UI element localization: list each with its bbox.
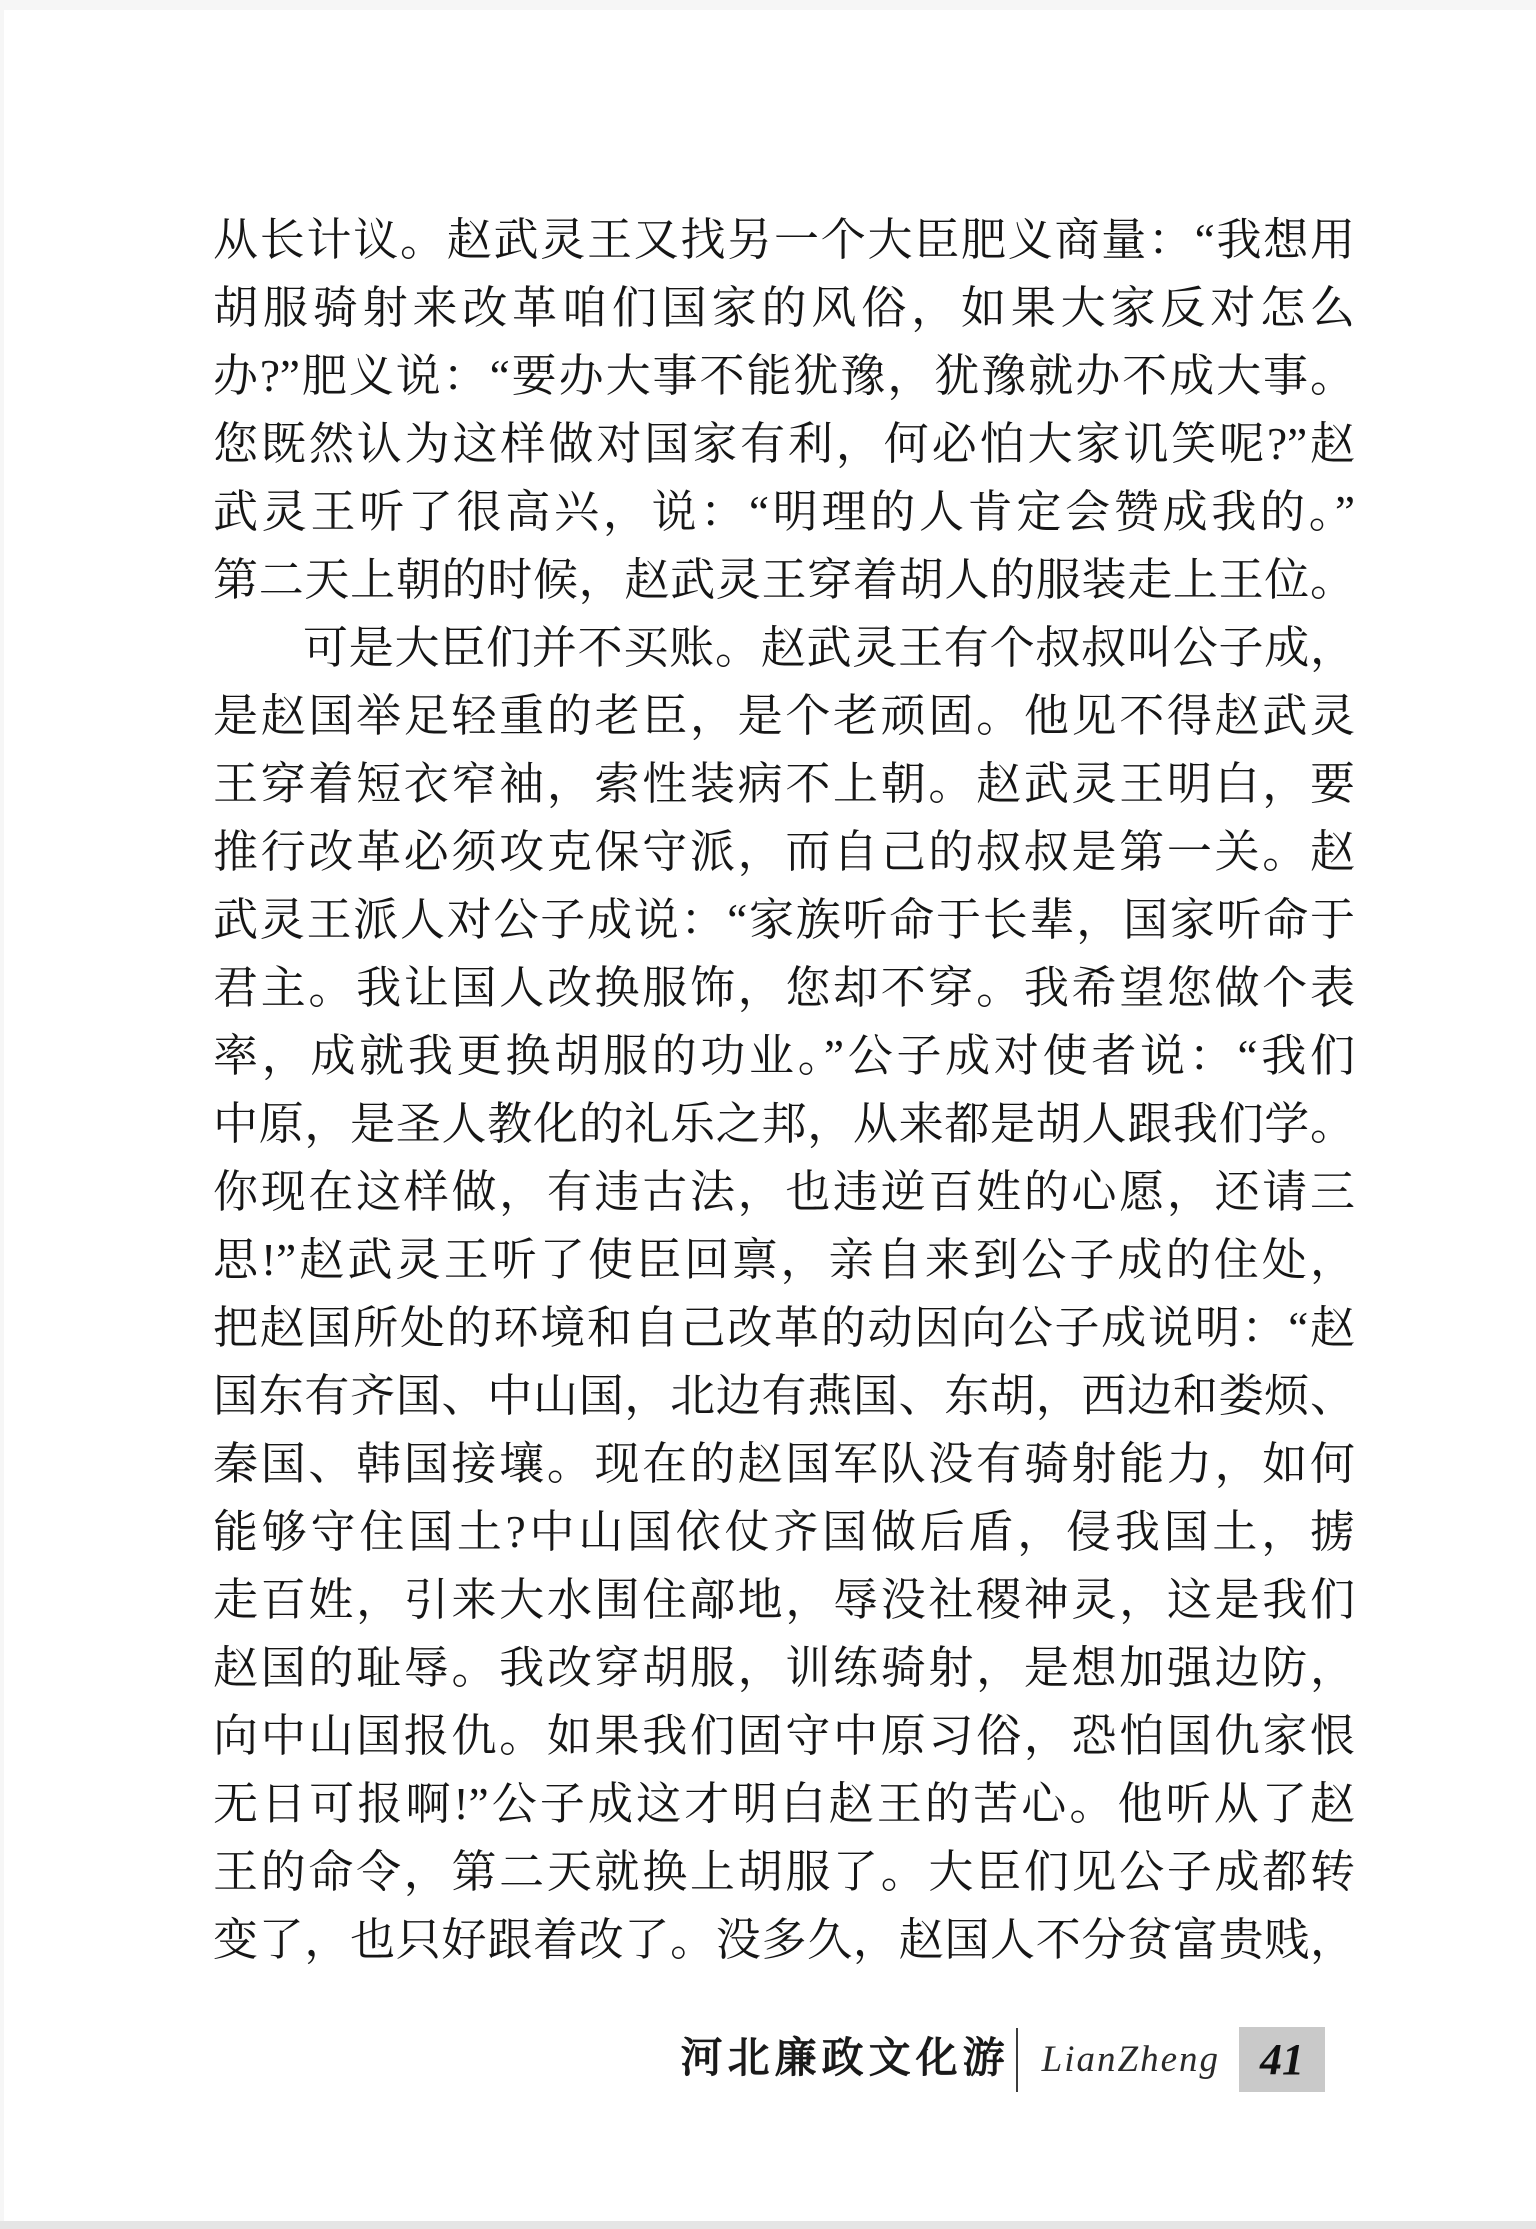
page-footer: 河北廉政文化游 LianZheng 41 (681, 2027, 1325, 2092)
text-line: 无日可报啊!”公子成这才明白赵王的苦心。他听从了赵 (213, 1770, 1355, 1838)
body-text: 从长计议。赵武灵王又找另一个大臣肥义商量：“我想用胡服骑射来改革咱们国家的风俗，… (213, 206, 1355, 1974)
text-line: 您既然认为这样做对国家有利，何必怕大家讥笑呢?”赵 (213, 410, 1355, 478)
footer-journal-title-latin: LianZheng (1042, 2038, 1220, 2081)
text-line: 从长计议。赵武灵王又找另一个大臣肥义商量：“我想用 (213, 206, 1355, 274)
text-line: 君主。我让国人改换服饰，您却不穿。我希望您做个表 (213, 954, 1355, 1022)
footer-divider (1016, 2028, 1018, 2092)
text-line: 能够守住国土?中山国依仗齐国做后盾，侵我国土，掳 (213, 1498, 1355, 1566)
text-line: 率，成就我更换胡服的功业。”公子成对使者说：“我们 (213, 1022, 1355, 1090)
page-edge-left (0, 0, 4, 2229)
text-line: 是赵国举足轻重的老臣，是个老顽固。他见不得赵武灵 (213, 682, 1355, 750)
text-line: 王的命令，第二天就换上胡服了。大臣们见公子成都转 (213, 1838, 1355, 1906)
text-line: 把赵国所处的环境和自己改革的动因向公子成说明：“赵 (213, 1294, 1355, 1362)
text-line: 走百姓，引来大水围住鄗地，辱没社稷神灵，这是我们 (213, 1566, 1355, 1634)
text-line: 你现在这样做，有违古法，也违逆百姓的心愿，还请三 (213, 1158, 1355, 1226)
text-line: 思!”赵武灵王听了使臣回禀，亲自来到公子成的住处， (213, 1226, 1355, 1294)
text-line: 国东有齐国、中山国，北边有燕国、东胡，西边和娄烦、 (213, 1362, 1355, 1430)
text-line: 胡服骑射来改革咱们国家的风俗，如果大家反对怎么 (213, 274, 1355, 342)
page-number-badge: 41 (1239, 2027, 1325, 2092)
page-number: 41 (1260, 2034, 1304, 2085)
text-line: 向中山国报仇。如果我们固守中原习俗，恐怕国仇家恨 (213, 1702, 1355, 1770)
footer-journal-title-cn: 河北廉政文化游 (681, 2027, 1010, 2092)
text-line: 武灵王听了很高兴，说：“明理的人肯定会赞成我的。” (213, 478, 1355, 546)
page-edge-top (0, 0, 1536, 10)
text-line: 变了，也只好跟着改了。没多久，赵国人不分贫富贵贱， (213, 1906, 1355, 1974)
text-line: 可是大臣们并不买账。赵武灵王有个叔叔叫公子成， (213, 614, 1355, 682)
text-line: 秦国、韩国接壤。现在的赵国军队没有骑射能力，如何 (213, 1430, 1355, 1498)
text-line: 办?”肥义说：“要办大事不能犹豫，犹豫就办不成大事。 (213, 342, 1355, 410)
text-line: 赵国的耻辱。我改穿胡服，训练骑射，是想加强边防， (213, 1634, 1355, 1702)
text-line: 第二天上朝的时候，赵武灵王穿着胡人的服装走上王位。 (213, 546, 1355, 614)
text-line: 王穿着短衣窄袖，索性装病不上朝。赵武灵王明白，要 (213, 750, 1355, 818)
book-page: { "content": { "paragraphs": [ { "indent… (0, 0, 1536, 2229)
text-line: 中原，是圣人教化的礼乐之邦，从来都是胡人跟我们学。 (213, 1090, 1355, 1158)
text-line: 推行改革必须攻克保守派，而自己的叔叔是第一关。赵 (213, 818, 1355, 886)
page-edge-bottom (0, 2221, 1536, 2229)
text-line: 武灵王派人对公子成说：“家族听命于长辈，国家听命于 (213, 886, 1355, 954)
